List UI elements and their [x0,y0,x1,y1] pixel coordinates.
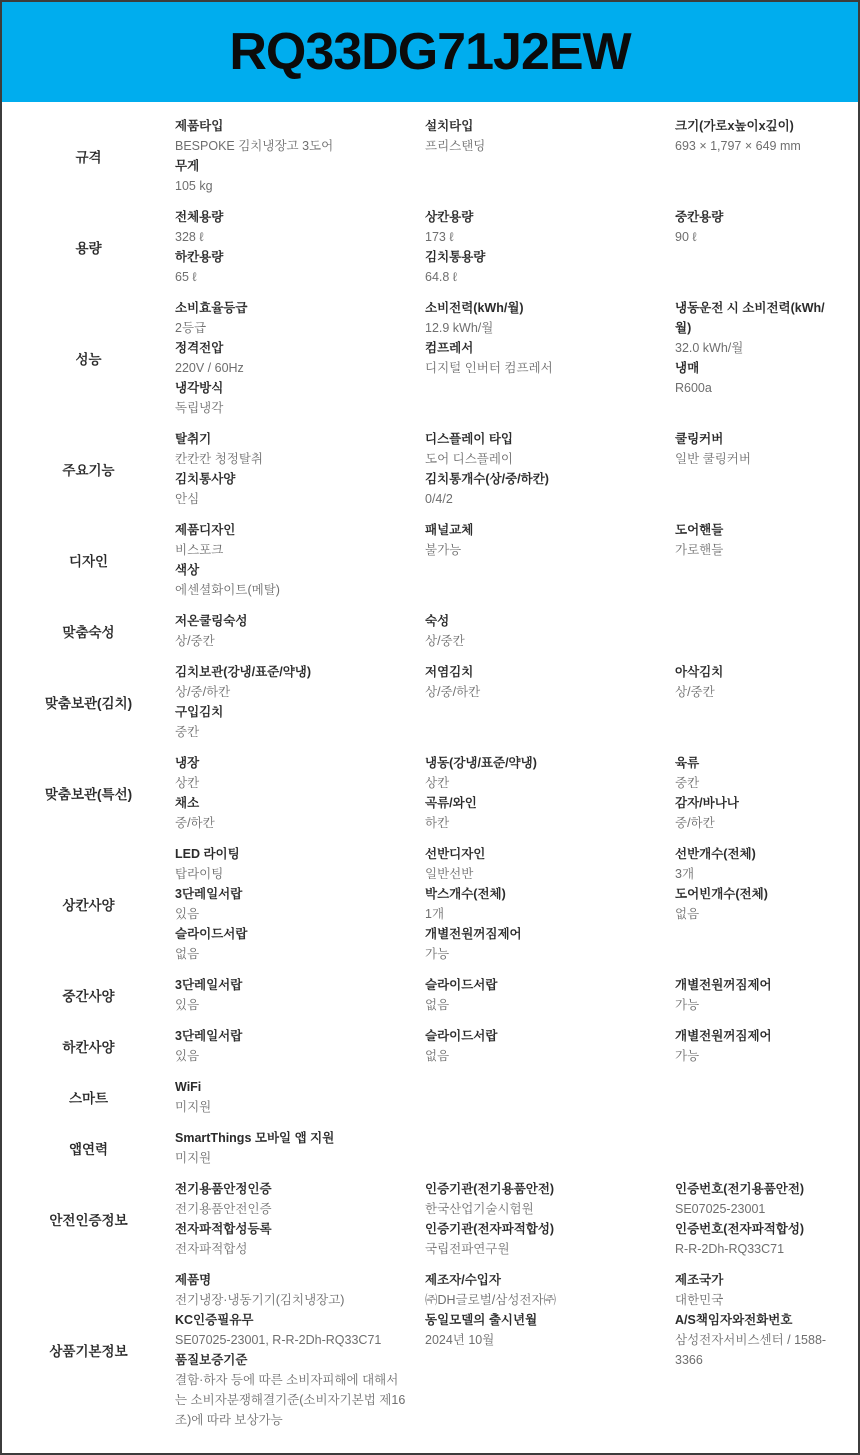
spec-item-label: 채소 [175,793,407,813]
spec-item-label: A/S책임자와전화번호 [675,1310,840,1330]
spec-column [425,1077,675,1117]
category-label-smart: 스마트 [2,1077,175,1117]
spec-item-label: 김치통사양 [175,469,407,489]
category-label-main-features: 주요기능 [2,429,175,509]
spec-section-design: 디자인제품디자인비스포크색상에센셜화이트(메탈)패널교체불가능도어핸들가로핸들 [2,514,858,605]
spec-column: 3단레일서랍있음 [175,1026,425,1066]
spec-column: LED 라이팅탑라이팅3단레일서랍있음슬라이드서랍없음 [175,844,425,964]
spec-item-value: 도어 디스플레이 [425,449,657,469]
spec-item-value: 상/중칸 [675,682,840,702]
spec-item-label: LED 라이팅 [175,844,407,864]
spec-item-value: 중/하칸 [175,813,407,833]
spec-item-value: 상칸 [175,773,407,793]
spec-item-value: 65 ℓ [175,267,407,287]
spec-section-main-features: 주요기능탈취기칸칸칸 청정탈취김치통사양안심디스플레이 타입도어 디스플레이김치… [2,423,858,514]
spec-item-label: 도어핸들 [675,520,840,540]
spec-section-middle-compartment: 중간사양3단레일서랍있음슬라이드서랍없음개별전원꺼짐제어가능 [2,969,858,1020]
spec-item-value: 2024년 10월 [425,1330,657,1350]
spec-item-value: 상/중칸 [175,631,407,651]
spec-column: SmartThings 모바일 앱 지원미지원 [175,1128,425,1168]
category-label-safety-certification: 안전인증정보 [2,1179,175,1259]
spec-item-label: 냉장 [175,753,407,773]
spec-section-smart: 스마트WiFi미지원 [2,1071,858,1122]
spec-item-label: 제조국가 [675,1270,840,1290]
spec-item-value: 173 ℓ [425,227,657,247]
spec-item-value: 미지원 [175,1148,407,1168]
spec-column: 크기(가로x높이x깊이)693 × 1,797 × 649 mm [675,116,858,196]
spec-section-lower-compartment: 하칸사양3단레일서랍있음슬라이드서랍없음개별전원꺼짐제어가능 [2,1020,858,1071]
spec-item-value: 없음 [425,995,657,1015]
spec-column: 김치보관(강냉/표준/약냉)상/중/하칸구입김치중칸 [175,662,425,742]
spec-item-value: 불가능 [425,540,657,560]
category-label-middle-compartment: 중간사양 [2,975,175,1015]
spec-column: 소비효율등급2등급정격전압220V / 60Hz냉각방식독립냉각 [175,298,425,418]
spec-item-value: 90 ℓ [675,227,840,247]
spec-item-value: 전자파적합성 [175,1239,407,1259]
spec-item-value: SE07025-23001, R-R-2Dh-RQ33C71 [175,1330,407,1350]
spec-column: 디스플레이 타입도어 디스플레이김치통개수(상/중/하칸)0/4/2 [425,429,675,509]
spec-item-value: 105 kg [175,176,407,196]
spec-item-label: 제품명 [175,1270,407,1290]
spec-item-value: 3개 [675,864,840,884]
spec-item-label: 냉매 [675,358,840,378]
spec-item-value: 0/4/2 [425,489,657,509]
spec-column [675,1077,858,1117]
spec-item-label: 전기용품안정인증 [175,1179,407,1199]
spec-item-value: SE07025-23001 [675,1199,840,1219]
spec-item-label: 개별전원꺼짐제어 [675,975,840,995]
spec-column: WiFi미지원 [175,1077,425,1117]
spec-item-label: 무게 [175,156,407,176]
spec-item-label: 냉동운전 시 소비전력(kWh/월) [675,298,840,338]
spec-section-custom-storage-special: 맞춤보관(특선)냉장상칸채소중/하칸냉동(강냉/표준/약냉)상칸곡류/와인하칸육… [2,747,858,838]
spec-column: 도어핸들가로핸들 [675,520,858,600]
spec-section-custom-storage-kimchi: 맞춤보관(김치)김치보관(강냉/표준/약냉)상/중/하칸구입김치중칸저염김치상/… [2,656,858,747]
spec-item-label: 정격전압 [175,338,407,358]
spec-item-value: 32.0 kWh/월 [675,338,840,358]
spec-item-value: 2등급 [175,318,407,338]
spec-column: 숙성상/중칸 [425,611,675,651]
spec-item-label: 아삭김치 [675,662,840,682]
spec-item-label: 소비전력(kWh/월) [425,298,657,318]
spec-column: 탈취기칸칸칸 청정탈취김치통사양안심 [175,429,425,509]
spec-item-label: 컴프레서 [425,338,657,358]
spec-column: 소비전력(kWh/월)12.9 kWh/월컴프레서디지털 인버터 컴프레서 [425,298,675,418]
spec-item-value: 프리스탠딩 [425,136,657,156]
spec-item-label: 소비효율등급 [175,298,407,318]
spec-item-label: 도어빈개수(전체) [675,884,840,904]
spec-item-value: 안심 [175,489,407,509]
spec-section-performance: 성능소비효율등급2등급정격전압220V / 60Hz냉각방식독립냉각소비전력(k… [2,292,858,423]
spec-item-label: 전자파적합성등록 [175,1219,407,1239]
spec-item-value: 결함·하자 등에 따른 소비자피해에 대해서는 소비자분쟁해결기준(소비자기본법… [175,1370,407,1430]
spec-item-value: ㈜DH글로벌/삼성전자㈜ [425,1290,657,1310]
spec-item-value: 국립전파연구원 [425,1239,657,1259]
spec-item-label: 품질보증기준 [175,1350,407,1370]
category-label-custom-aging: 맞춤숙성 [2,611,175,651]
spec-item-value: 있음 [175,1046,407,1066]
spec-item-label: 구입김치 [175,702,407,722]
spec-column: 제품명전기냉장·냉동기기(김치냉장고)KC인증필유무SE07025-23001,… [175,1270,425,1430]
category-label-design: 디자인 [2,520,175,600]
spec-item-value: 상칸 [425,773,657,793]
spec-item-value: BESPOKE 김치냉장고 3도어 [175,136,407,156]
spec-item-label: 김치보관(강냉/표준/약냉) [175,662,407,682]
spec-column: 전체용량328 ℓ하칸용량65 ℓ [175,207,425,287]
spec-item-value: 가능 [675,1046,840,1066]
category-label-capacity: 용량 [2,207,175,287]
spec-column: 개별전원꺼짐제어가능 [675,1026,858,1066]
spec-section-custom-aging: 맞춤숙성저온쿨링숙성상/중칸숙성상/중칸 [2,605,858,656]
category-label-custom-storage-kimchi: 맞춤보관(김치) [2,662,175,742]
spec-item-value: 디지털 인버터 컴프레서 [425,358,657,378]
spec-column: 선반개수(전체)3개도어빈개수(전체)없음 [675,844,858,964]
spec-item-value: 12.9 kWh/월 [425,318,657,338]
spec-item-value: 전기용품안전인증 [175,1199,407,1219]
spec-item-label: 육류 [675,753,840,773]
spec-column: 냉동운전 시 소비전력(kWh/월)32.0 kWh/월냉매R600a [675,298,858,418]
spec-column: 쿨링커버일반 쿨링커버 [675,429,858,509]
spec-section-dimensions: 규격제품타입BESPOKE 김치냉장고 3도어무게105 kg설치타입프리스탠딩… [2,110,858,201]
spec-column: 슬라이드서랍없음 [425,1026,675,1066]
spec-column: 제품타입BESPOKE 김치냉장고 3도어무게105 kg [175,116,425,196]
spec-item-label: 개별전원꺼짐제어 [425,924,657,944]
spec-item-label: 동일모델의 출시년월 [425,1310,657,1330]
spec-column: 냉동(강냉/표준/약냉)상칸곡류/와인하칸 [425,753,675,833]
spec-item-label: 인증기관(전기용품안전) [425,1179,657,1199]
spec-column: 인증기관(전기용품안전)한국산업기술시험원인증기관(전자파적합성)국립전파연구원 [425,1179,675,1259]
spec-column: 육류중칸감자/바나나중/하칸 [675,753,858,833]
spec-item-label: 인증기관(전자파적합성) [425,1219,657,1239]
category-label-dimensions: 규격 [2,116,175,196]
spec-item-label: WiFi [175,1077,407,1097]
spec-item-label: 크기(가로x높이x깊이) [675,116,840,136]
spec-item-value: 상/중/하칸 [425,682,657,702]
spec-item-label: 탈취기 [175,429,407,449]
spec-item-label: 감자/바나나 [675,793,840,813]
product-spec-sheet: RQ33DG71J2EW 규격제품타입BESPOKE 김치냉장고 3도어무게10… [0,0,860,1455]
spec-item-label: 3단레일서랍 [175,975,407,995]
spec-item-label: 인증번호(전기용품안전) [675,1179,840,1199]
spec-item-value: 칸칸칸 청정탈취 [175,449,407,469]
spec-item-label: SmartThings 모바일 앱 지원 [175,1128,407,1148]
spec-item-label: 선반개수(전체) [675,844,840,864]
spec-item-value: 가능 [425,944,657,964]
spec-item-value: 일반 쿨링커버 [675,449,840,469]
spec-item-value: 에센셜화이트(메탈) [175,580,407,600]
spec-item-label: 숙성 [425,611,657,631]
spec-item-label: 색상 [175,560,407,580]
spec-section-capacity: 용량전체용량328 ℓ하칸용량65 ℓ상칸용량173 ℓ김치통용량64.8 ℓ중… [2,201,858,292]
spec-item-value: 64.8 ℓ [425,267,657,287]
spec-column: 패널교체불가능 [425,520,675,600]
spec-column: 제품디자인비스포크색상에센셜화이트(메탈) [175,520,425,600]
spec-item-value: 미지원 [175,1097,407,1117]
category-label-app-connectivity: 앱연력 [2,1128,175,1168]
spec-item-label: 박스개수(전체) [425,884,657,904]
spec-item-label: 중칸용량 [675,207,840,227]
spec-item-label: 디스플레이 타입 [425,429,657,449]
spec-item-value: 있음 [175,995,407,1015]
spec-column: 개별전원꺼짐제어가능 [675,975,858,1015]
spec-item-value: 없음 [175,944,407,964]
spec-item-label: 김치통개수(상/중/하칸) [425,469,657,489]
spec-item-label: 냉동(강냉/표준/약냉) [425,753,657,773]
spec-section-safety-certification: 안전인증정보전기용품안정인증전기용품안전인증전자파적합성등록전자파적합성인증기관… [2,1173,858,1264]
spec-item-label: 저염김치 [425,662,657,682]
spec-item-value: 중칸 [175,722,407,742]
spec-section-product-basic-info: 상품기본정보제품명전기냉장·냉동기기(김치냉장고)KC인증필유무SE07025-… [2,1264,858,1435]
spec-column [675,611,858,651]
spec-item-value: 비스포크 [175,540,407,560]
spec-item-label: 인증번호(전자파적합성) [675,1219,840,1239]
spec-item-value: R-R-2Dh-RQ33C71 [675,1239,840,1259]
spec-column: 선반디자인일반선반박스개수(전체)1개개별전원꺼짐제어가능 [425,844,675,964]
spec-item-label: 김치통용량 [425,247,657,267]
spec-column: 저염김치상/중/하칸 [425,662,675,742]
spec-item-label: 제품디자인 [175,520,407,540]
spec-item-label: 슬라이드서랍 [175,924,407,944]
spec-column: 중칸용량90 ℓ [675,207,858,287]
spec-column: 냉장상칸채소중/하칸 [175,753,425,833]
spec-column: 제조국가대한민국A/S책임자와전화번호삼성전자서비스센터 / 1588-3366 [675,1270,858,1430]
spec-column: 상칸용량173 ℓ김치통용량64.8 ℓ [425,207,675,287]
category-label-upper-compartment: 상칸사양 [2,844,175,964]
spec-item-label: 하칸용량 [175,247,407,267]
spec-item-label: 설치타입 [425,116,657,136]
spec-item-value: 220V / 60Hz [175,358,407,378]
spec-item-value: 없음 [425,1046,657,1066]
spec-column: 3단레일서랍있음 [175,975,425,1015]
spec-item-label: 선반디자인 [425,844,657,864]
spec-item-label: 제조자/수입자 [425,1270,657,1290]
spec-item-value: 전기냉장·냉동기기(김치냉장고) [175,1290,407,1310]
spec-item-value: 693 × 1,797 × 649 mm [675,136,840,156]
spec-item-label: 제품타입 [175,116,407,136]
spec-item-label: 3단레일서랍 [175,1026,407,1046]
spec-column: 슬라이드서랍없음 [425,975,675,1015]
spec-table: 규격제품타입BESPOKE 김치냉장고 3도어무게105 kg설치타입프리스탠딩… [2,102,858,1449]
spec-section-upper-compartment: 상칸사양LED 라이팅탑라이팅3단레일서랍있음슬라이드서랍없음선반디자인일반선반… [2,838,858,969]
spec-item-value: 상/중칸 [425,631,657,651]
spec-item-value: 없음 [675,904,840,924]
category-label-lower-compartment: 하칸사양 [2,1026,175,1066]
spec-section-app-connectivity: 앱연력SmartThings 모바일 앱 지원미지원 [2,1122,858,1173]
model-number-title: RQ33DG71J2EW [229,22,630,82]
spec-item-value: 대한민국 [675,1290,840,1310]
spec-item-label: 상칸용량 [425,207,657,227]
spec-item-label: 3단레일서랍 [175,884,407,904]
spec-item-label: 쿨링커버 [675,429,840,449]
spec-item-value: 하칸 [425,813,657,833]
spec-column: 전기용품안정인증전기용품안전인증전자파적합성등록전자파적합성 [175,1179,425,1259]
spec-item-label: 패널교체 [425,520,657,540]
spec-item-value: 가로핸들 [675,540,840,560]
spec-item-label: KC인증필유무 [175,1310,407,1330]
spec-item-value: 삼성전자서비스센터 / 1588-3366 [675,1330,840,1370]
spec-column: 저온쿨링숙성상/중칸 [175,611,425,651]
spec-item-value: 일반선반 [425,864,657,884]
spec-item-value: 1개 [425,904,657,924]
spec-item-label: 저온쿨링숙성 [175,611,407,631]
spec-column [425,1128,675,1168]
spec-column: 아삭김치상/중칸 [675,662,858,742]
spec-item-label: 곡류/와인 [425,793,657,813]
spec-column [675,1128,858,1168]
spec-item-value: 독립냉각 [175,398,407,418]
spec-item-label: 슬라이드서랍 [425,1026,657,1046]
spec-item-value: R600a [675,378,840,398]
spec-item-value: 중/하칸 [675,813,840,833]
spec-item-value: 328 ℓ [175,227,407,247]
spec-column: 인증번호(전기용품안전)SE07025-23001인증번호(전자파적합성)R-R… [675,1179,858,1259]
spec-item-value: 상/중/하칸 [175,682,407,702]
spec-item-label: 냉각방식 [175,378,407,398]
spec-item-label: 개별전원꺼짐제어 [675,1026,840,1046]
category-label-custom-storage-special: 맞춤보관(특선) [2,753,175,833]
spec-item-value: 한국산업기술시험원 [425,1199,657,1219]
spec-column: 제조자/수입자㈜DH글로벌/삼성전자㈜동일모델의 출시년월2024년 10월 [425,1270,675,1430]
spec-item-value: 가능 [675,995,840,1015]
spec-item-label: 슬라이드서랍 [425,975,657,995]
spec-item-value: 중칸 [675,773,840,793]
spec-item-value: 있음 [175,904,407,924]
category-label-product-basic-info: 상품기본정보 [2,1270,175,1430]
spec-item-value: 탑라이팅 [175,864,407,884]
spec-column: 설치타입프리스탠딩 [425,116,675,196]
category-label-performance: 성능 [2,298,175,418]
spec-item-label: 전체용량 [175,207,407,227]
model-header: RQ33DG71J2EW [2,2,858,102]
